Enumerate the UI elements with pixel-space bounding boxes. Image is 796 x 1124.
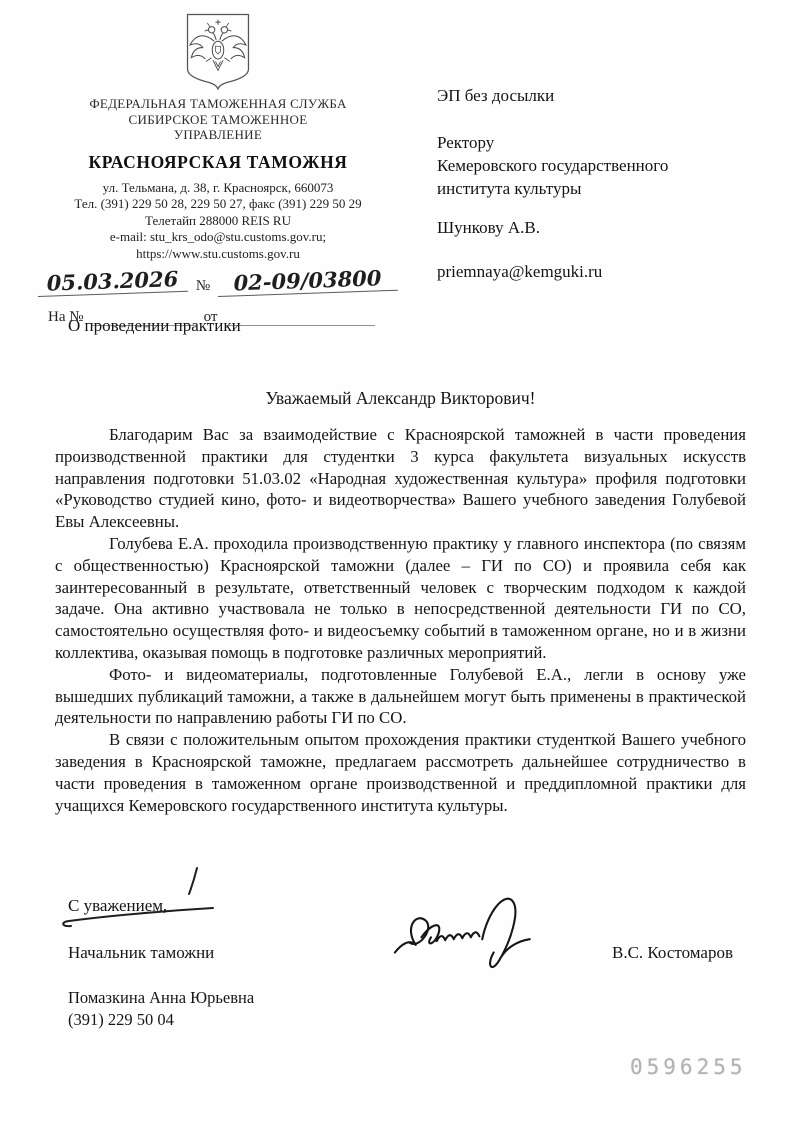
registration-stamp-number: 0596255: [630, 1055, 747, 1079]
org-address: ул. Тельмана, д. 38, г. Красноярск, 6600…: [18, 180, 418, 197]
recipient-block: ЭП без досылки Ректору Кемеровского госу…: [437, 84, 767, 283]
org-federal-service: ФЕДЕРАЛЬНАЯ ТАМОЖЕННАЯ СЛУЖБА: [18, 96, 418, 112]
org-website: https://www.stu.customs.gov.ru: [18, 246, 418, 263]
org-regional-1: СИБИРСКОЕ ТАМОЖЕННОЕ: [18, 112, 418, 128]
org-contact-block: ул. Тельмана, д. 38, г. Красноярск, 6600…: [18, 180, 418, 263]
letterhead: ФЕДЕРАЛЬНАЯ ТАМОЖЕННАЯ СЛУЖБА СИБИРСКОЕ …: [18, 12, 418, 326]
paragraph-1: Благодарим Вас за взаимодействие с Красн…: [55, 424, 746, 533]
recipient-org-line2: института культуры: [437, 177, 767, 200]
paragraph-3: Фото- и видеоматериалы, подготовленные Г…: [55, 664, 746, 729]
reply-date-blank: [225, 309, 375, 326]
subject-line: О проведении практики: [68, 316, 241, 336]
outgoing-number-handwritten: 02-09/03800: [217, 266, 398, 297]
closing-phrase: С уважением,: [68, 896, 167, 916]
org-teletype: Телетайп 288000 REIS RU: [18, 213, 418, 230]
delivery-note: ЭП без досылки: [437, 84, 767, 107]
org-name: КРАСНОЯРСКАЯ ТАМОЖНЯ: [18, 152, 418, 173]
scanned-letter-page: ФЕДЕРАЛЬНАЯ ТАМОЖЕННАЯ СЛУЖБА СИБИРСКОЕ …: [0, 0, 796, 1124]
recipient-name: Шункову А.В.: [437, 216, 767, 239]
outgoing-reference-row: 05.03.2026 № 02-09/03800: [18, 272, 418, 297]
paragraph-2: Голубева Е.А. проходила производственную…: [55, 533, 746, 664]
number-sign: №: [196, 278, 210, 297]
signer-position: Начальник таможни: [68, 943, 214, 963]
org-phones: Тел. (391) 229 50 28, 229 50 27, факс (3…: [18, 196, 418, 213]
org-regional-2: УПРАВЛЕНИЕ: [18, 127, 418, 143]
paragraph-4: В связи с положительным опытом прохожден…: [55, 729, 746, 816]
coat-of-arms-emblem-icon: [18, 12, 418, 92]
recipient-email: priemnaya@kemguki.ru: [437, 260, 767, 283]
pen-stroke-flourish: [55, 860, 225, 930]
letter-body: Благодарим Вас за взаимодействие с Красн…: [55, 424, 746, 816]
signature-image: [385, 886, 570, 981]
salutation: Уважаемый Александр Викторович!: [55, 388, 746, 409]
executor-name: Помазкина Анна Юрьевна: [68, 988, 254, 1008]
recipient-title: Ректору: [437, 131, 767, 154]
executor-phone: (391) 229 50 04: [68, 1010, 174, 1030]
signer-name: В.С. Костомаров: [612, 943, 733, 963]
org-email: e-mail: stu_krs_odo@stu.customs.gov.ru;: [18, 229, 418, 246]
recipient-org-line1: Кемеровского государственного: [437, 154, 767, 177]
outgoing-date-handwritten: 05.03.2026: [37, 267, 188, 297]
